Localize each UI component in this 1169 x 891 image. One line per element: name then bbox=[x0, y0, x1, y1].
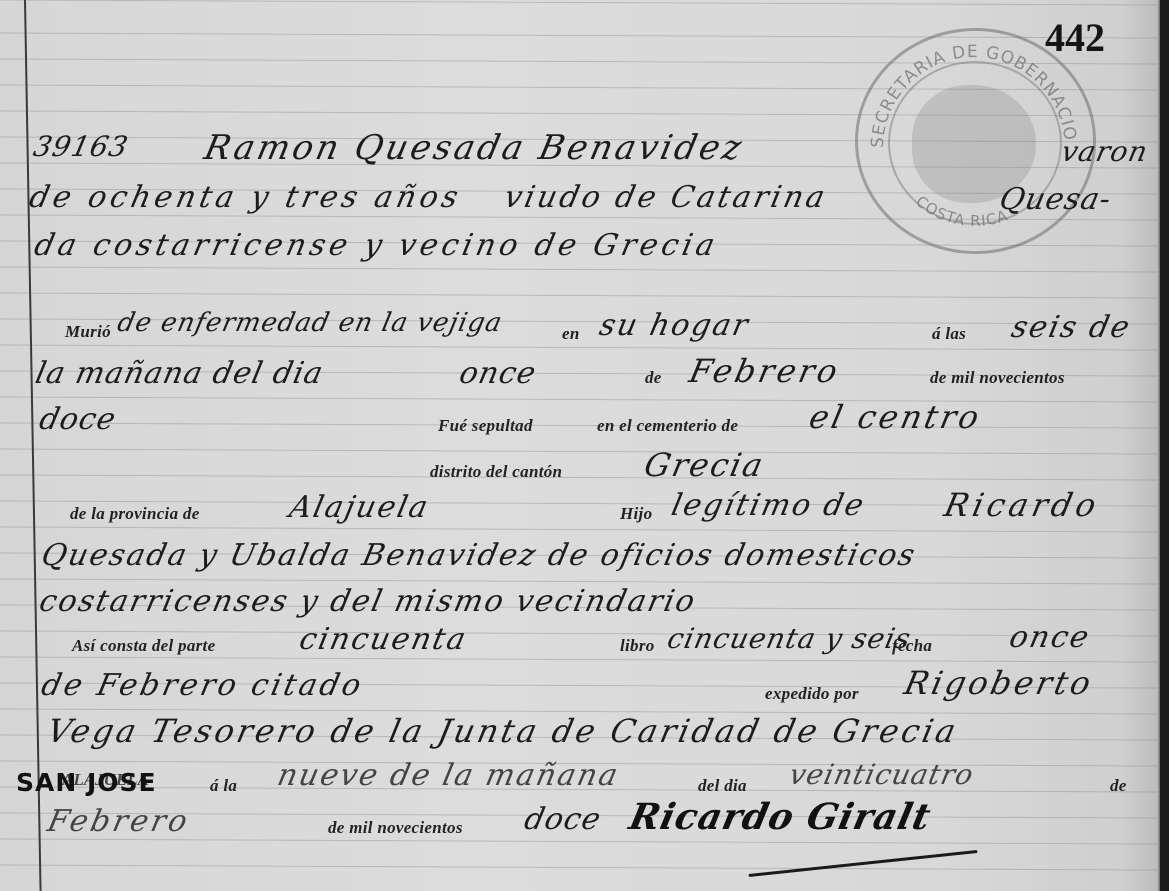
entry-number: 39163 bbox=[30, 130, 131, 163]
fecha-month: de Febrero citado bbox=[38, 668, 367, 703]
label-cementerio: en el cementerio de bbox=[597, 416, 738, 436]
label-hijo: Hijo bbox=[620, 504, 652, 524]
label-a-las: á las bbox=[932, 324, 966, 344]
label-sepultad: Fué sepultad bbox=[438, 416, 533, 436]
label-asi-consta: Así consta del parte bbox=[72, 636, 215, 656]
month-of-death: Febrero bbox=[686, 352, 844, 390]
label-del-dia: del dia bbox=[698, 776, 747, 796]
sex-entry: varon bbox=[1058, 135, 1151, 168]
place-of-death: su hogar bbox=[596, 308, 753, 343]
label-fecha: fecha bbox=[892, 636, 932, 656]
day-of-death: once bbox=[456, 356, 539, 391]
parents-origin-entry: costarricenses y del mismo vecindario bbox=[36, 584, 699, 619]
cause-of-death: de enfermedad en la vejiga bbox=[115, 308, 505, 338]
legitimacy-entry: legítimo de bbox=[668, 488, 868, 523]
page-edge-shadow bbox=[1160, 0, 1169, 891]
year-of-death: doce bbox=[36, 402, 119, 437]
registrar-signature: Ricardo Giralt bbox=[626, 796, 935, 838]
libro-number: cincuenta y seis bbox=[664, 622, 914, 655]
hour-of-death: seis de bbox=[1008, 310, 1134, 345]
nationality-residence-entry: da costarricense y vecino de Grecia bbox=[31, 228, 721, 263]
father-first-name: Ricardo bbox=[941, 486, 1103, 524]
gobernacion-seal-stamp: SECRETARIA DE GOBERNACION COSTA RICA bbox=[855, 28, 1096, 254]
province-name: Alajuela bbox=[286, 490, 432, 525]
label-libro: libro bbox=[620, 636, 655, 656]
parte-number: cincuenta bbox=[296, 622, 470, 657]
label-mil-novecientos: de mil novecientos bbox=[930, 368, 1065, 388]
marital-status-entry: viudo de Catarina bbox=[501, 180, 831, 215]
deceased-name: Ramon Quesada Benavidez bbox=[201, 128, 748, 168]
label-provincia: de la provincia de bbox=[70, 504, 200, 524]
spouse-surname-part: Quesa- bbox=[996, 182, 1115, 217]
label-de-month: de bbox=[645, 368, 662, 388]
parents-entry: Quesada y Ubalda Benavidez de oficios do… bbox=[38, 538, 919, 573]
issuer-first-name: Rigoberto bbox=[901, 664, 1097, 702]
label-expedido-por: expedido por bbox=[765, 684, 859, 704]
label-murio: Murió bbox=[65, 322, 111, 342]
label-a-la: á la bbox=[210, 776, 237, 796]
label-en: en bbox=[562, 324, 580, 344]
registration-day: veinticuatro bbox=[786, 758, 977, 791]
san-jose-stamp: SAN JOSE bbox=[16, 768, 157, 797]
fecha-day: once bbox=[1006, 620, 1093, 655]
canton-name: Grecia bbox=[641, 446, 768, 484]
label-de-month-registration: de bbox=[1110, 776, 1127, 796]
registration-year: doce bbox=[521, 802, 604, 837]
issuer-entry: Vega Tesorero de la Junta de Caridad de … bbox=[44, 712, 962, 750]
label-distrito-canton: distrito del cantón bbox=[430, 462, 562, 482]
time-of-day: la mañana del dia bbox=[32, 356, 327, 391]
civil-registry-page: 442 SECRETARIA DE GOBERNACION COSTA RICA… bbox=[0, 0, 1169, 891]
label-mil-novecientos-registration: de mil novecientos bbox=[328, 818, 463, 838]
age-entry: de ochenta y tres años bbox=[26, 180, 465, 215]
registration-hour: nueve de la mañana bbox=[274, 758, 622, 793]
registration-month: Febrero bbox=[44, 804, 193, 839]
cemetery-name: el centro bbox=[806, 398, 985, 436]
